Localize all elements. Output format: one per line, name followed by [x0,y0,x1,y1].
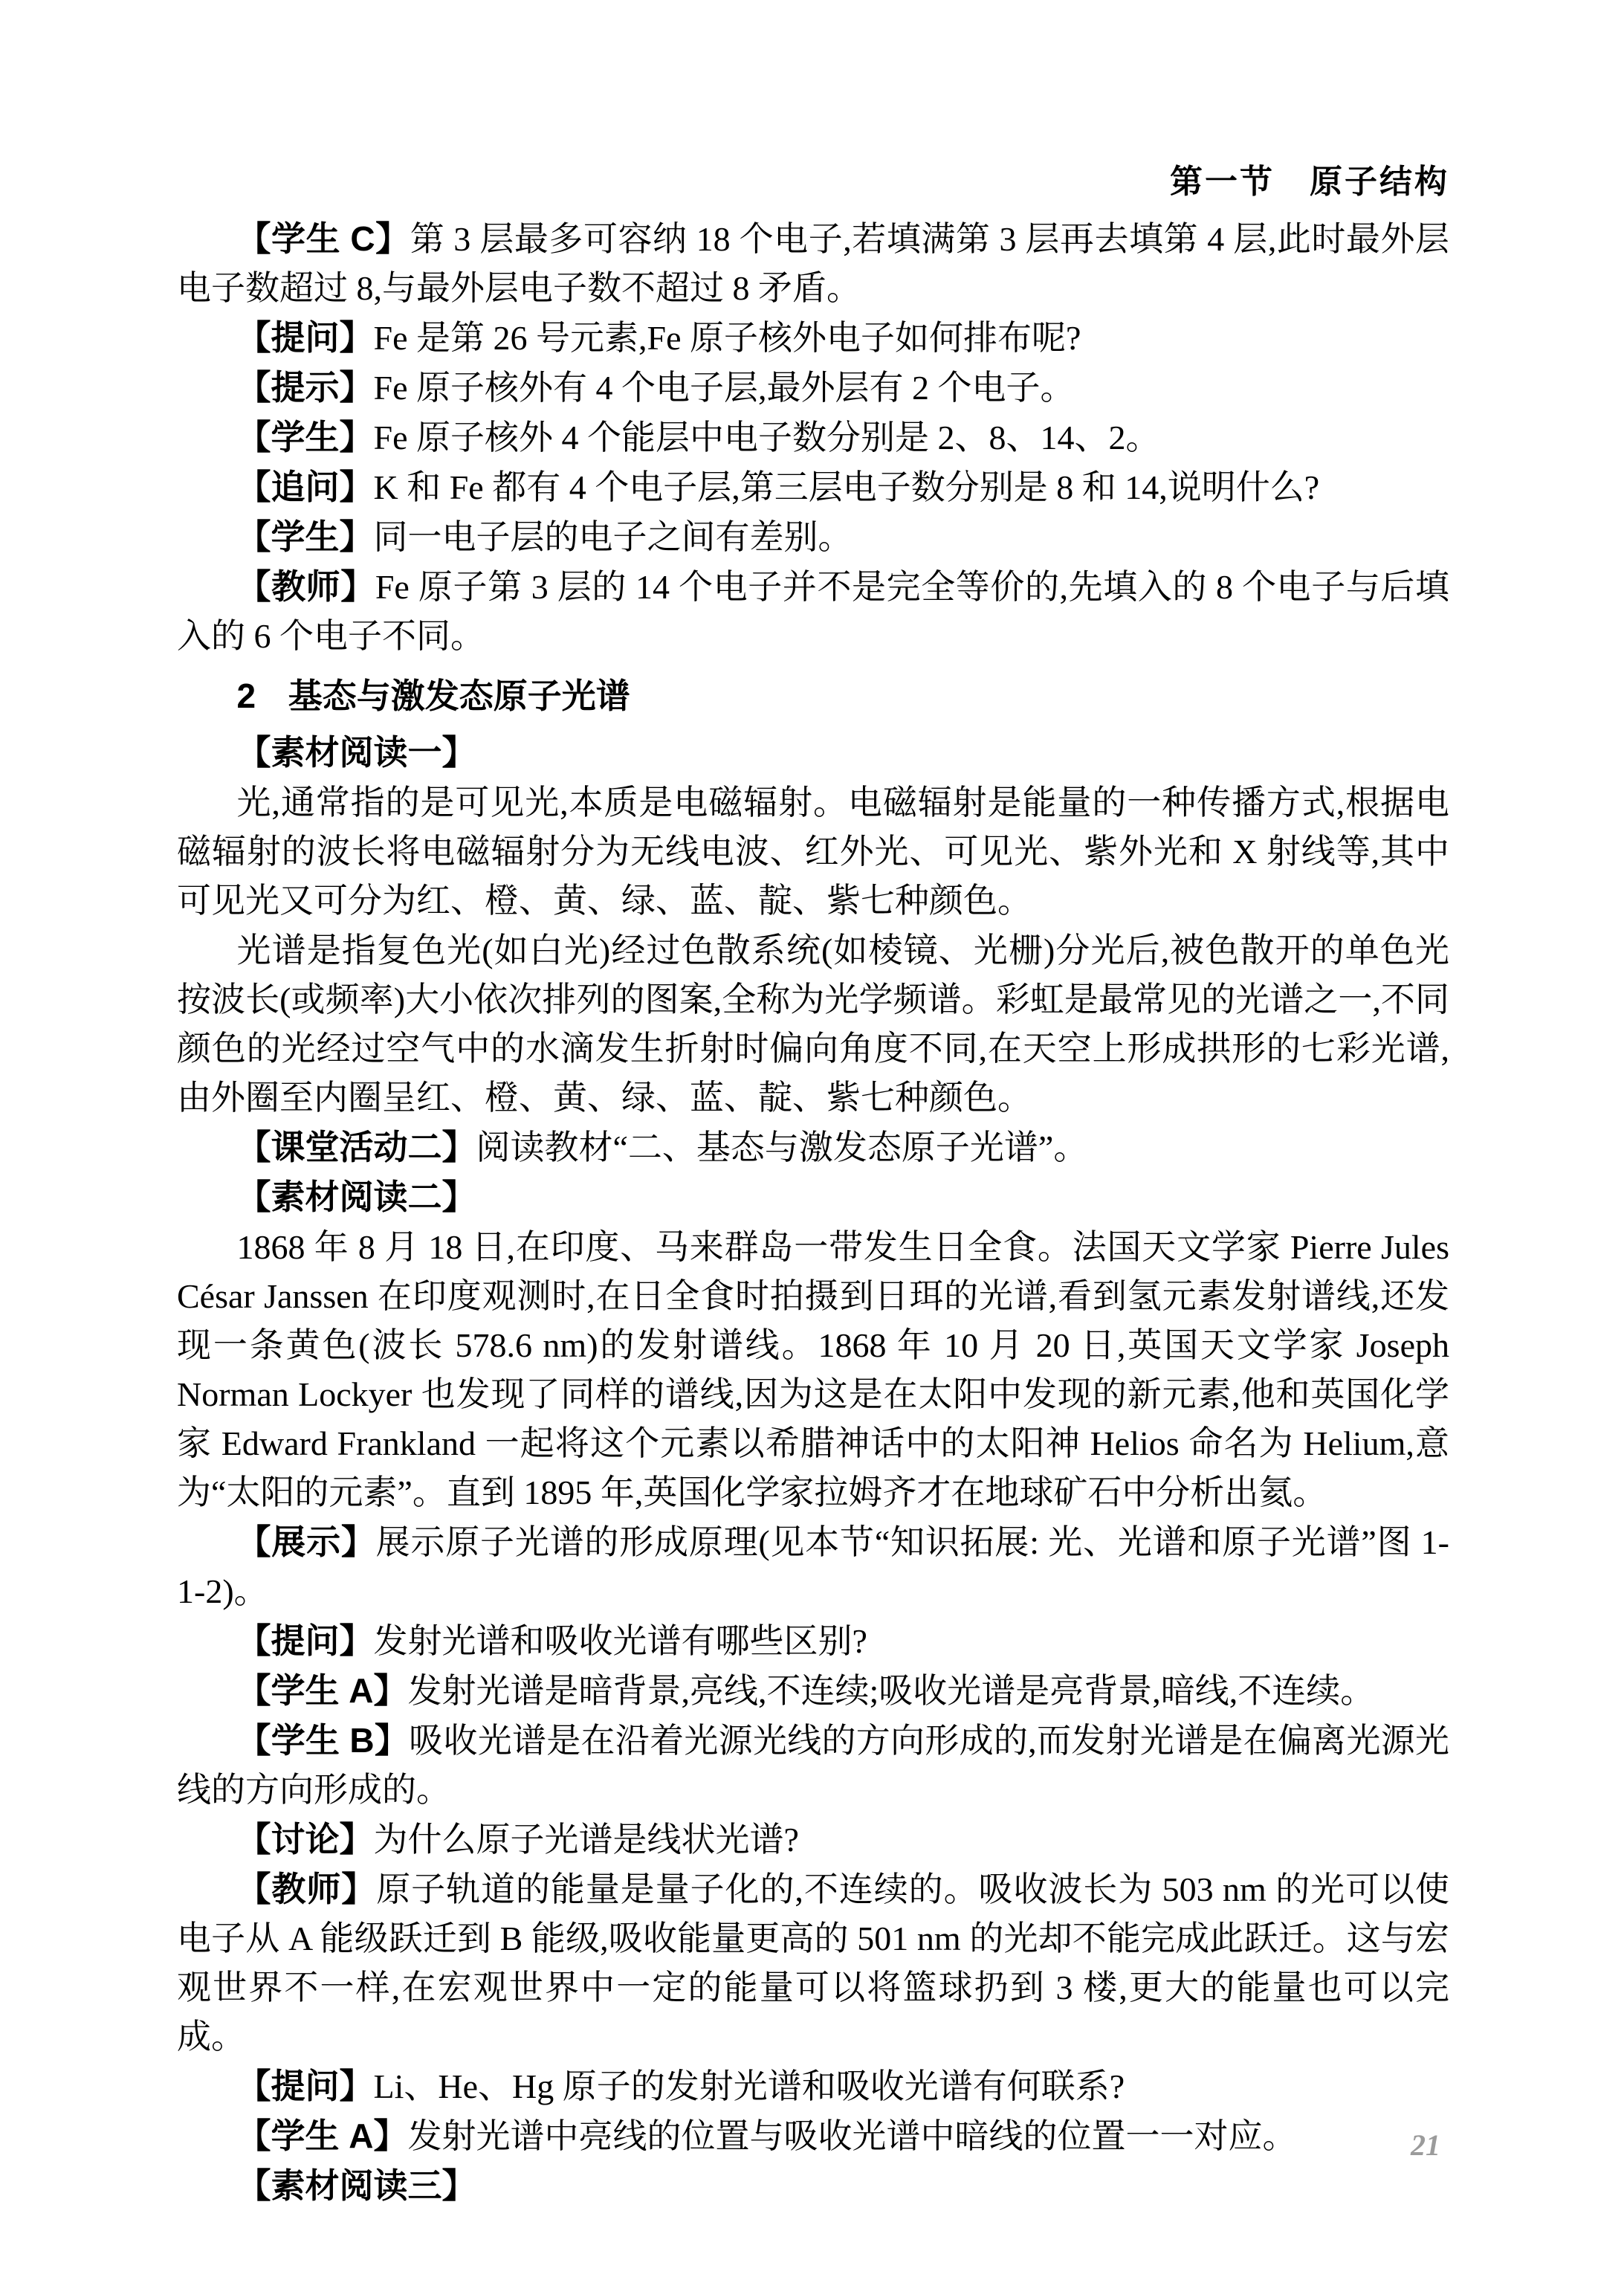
paragraph: 【讨论】为什么原子光谱是线状光谱? [177,1815,1449,1864]
paragraph: 【学生】Fe 原子核外 4 个能层中电子数分别是 2、8、14、2。 [177,413,1449,462]
paragraph-text: Fe 原子核外有 4 个电子层,最外层有 2 个电子。 [374,369,1075,407]
speaker-label: 【素材阅读二】 [237,1178,476,1216]
paragraph-text: K 和 Fe 都有 4 个电子层,第三层电子数分别是 8 和 14,说明什么? [374,468,1320,506]
speaker-label: 【教师】 [237,567,375,606]
paragraph: 光,通常指的是可见光,本质是电磁辐射。电磁辐射是能量的一种传播方式,根据电磁辐射… [177,778,1449,926]
speaker-label: 【讨论】 [237,1820,374,1859]
paragraph: 【学生】同一电子层的电子之间有差别。 [177,512,1449,562]
speaker-label: 【学生 C】 [237,219,410,258]
speaker-label: 【学生 B】 [237,1721,410,1760]
speaker-label: 【提问】 [237,318,374,357]
paragraph-text: 1868 年 8 月 18 日,在印度、马来群岛一带发生日全食。法国天文学家 P… [177,1228,1449,1511]
paragraph: 【追问】K 和 Fe 都有 4 个电子层,第三层电子数分别是 8 和 14,说明… [177,462,1449,512]
paragraph: 【素材阅读二】 [177,1172,1449,1222]
paragraph-text: Fe 是第 26 号元素,Fe 原子核外电子如何排布呢? [374,319,1081,357]
paragraph-text: Fe 原子核外 4 个能层中电子数分别是 2、8、14、2。 [374,419,1160,456]
section-title: 第一节 原子结构 [1170,164,1449,200]
paragraph: 【学生 B】吸收光谱是在沿着光源光线的方向形成的,而发射光谱是在偏离光源光线的方… [177,1716,1449,1815]
paragraph: 【提问】Fe 是第 26 号元素,Fe 原子核外电子如何排布呢? [177,313,1449,363]
speaker-label: 【提问】 [237,1621,374,1660]
paragraph-text: 为什么原子光谱是线状光谱? [374,1821,799,1859]
speaker-label: 【学生】 [237,517,374,556]
speaker-label: 【素材阅读三】 [237,2166,476,2205]
document-page: 第一节 原子结构 【学生 C】第 3 层最多可容纳 18 个电子,若填满第 3 … [0,0,1624,2283]
paragraph: 【展示】展示原子光谱的形成原理(见本节“知识拓展: 光、光谱和原子光谱”图 1-… [177,1517,1449,1616]
paragraph-text: 发射光谱和吸收光谱有哪些区别? [374,1622,867,1660]
speaker-label: 【课堂活动二】 [237,1128,476,1166]
paragraph: 【提示】Fe 原子核外有 4 个电子层,最外层有 2 个电子。 [177,363,1449,413]
paragraph: 【提问】发射光谱和吸收光谱有哪些区别? [177,1616,1449,1666]
paragraph: 【素材阅读三】 [177,2161,1449,2211]
paragraph-text: Li、He、Hg 原子的发射光谱和吸收光谱有何联系? [374,2067,1125,2105]
paragraph: 【提问】Li、He、Hg 原子的发射光谱和吸收光谱有何联系? [177,2061,1449,2111]
paragraph-text: 光谱是指复色光(如白光)经过色散系统(如棱镜、光栅)分光后,被色散开的单色光按波… [177,931,1449,1117]
speaker-label: 【展示】 [237,1522,376,1561]
page-number: 21 [177,2128,1440,2163]
paragraph: 【素材阅读一】 [177,728,1449,778]
speaker-label: 【追问】 [237,468,374,506]
paragraph: 1868 年 8 月 18 日,在印度、马来群岛一带发生日全食。法国天文学家 P… [177,1222,1449,1517]
paragraph-text: 阅读教材“二、基态与激发态原子光谱”。 [476,1128,1088,1166]
paragraph-text: 发射光谱是暗背景,亮线,不连续;吸收光谱是亮背景,暗线,不连续。 [408,1672,1375,1710]
paragraph: 【学生 C】第 3 层最多可容纳 18 个电子,若填满第 3 层再去填第 4 层… [177,214,1449,313]
speaker-label: 【素材阅读一】 [237,733,476,772]
paragraph: 【课堂活动二】阅读教材“二、基态与激发态原子光谱”。 [177,1123,1449,1172]
heading-number: 2 [237,676,256,715]
heading-title: 基态与激发态原子光谱 [288,676,630,715]
page-body: 【学生 C】第 3 层最多可容纳 18 个电子,若填满第 3 层再去填第 4 层… [177,214,1449,2211]
speaker-label: 【教师】 [237,1870,377,1908]
section-heading: 2基态与激发态原子光谱 [177,671,1449,720]
paragraph: 【学生 A】发射光谱是暗背景,亮线,不连续;吸收光谱是亮背景,暗线,不连续。 [177,1666,1449,1716]
paragraph-text: 光,通常指的是可见光,本质是电磁辐射。电磁辐射是能量的一种传播方式,根据电磁辐射… [177,784,1449,920]
paragraph: 光谱是指复色光(如白光)经过色散系统(如棱镜、光栅)分光后,被色散开的单色光按波… [177,926,1449,1123]
speaker-label: 【学生】 [237,418,374,456]
paragraph: 【教师】Fe 原子第 3 层的 14 个电子并不是完全等价的,先填入的 8 个电… [177,562,1449,661]
speaker-label: 【提问】 [237,2067,374,2105]
paragraph-text: 同一电子层的电子之间有差别。 [374,518,853,556]
speaker-label: 【学生 A】 [237,1671,408,1710]
paragraph: 【教师】原子轨道的能量是量子化的,不连续的。吸收波长为 503 nm 的光可以使… [177,1864,1449,2061]
speaker-label: 【提示】 [237,368,374,407]
